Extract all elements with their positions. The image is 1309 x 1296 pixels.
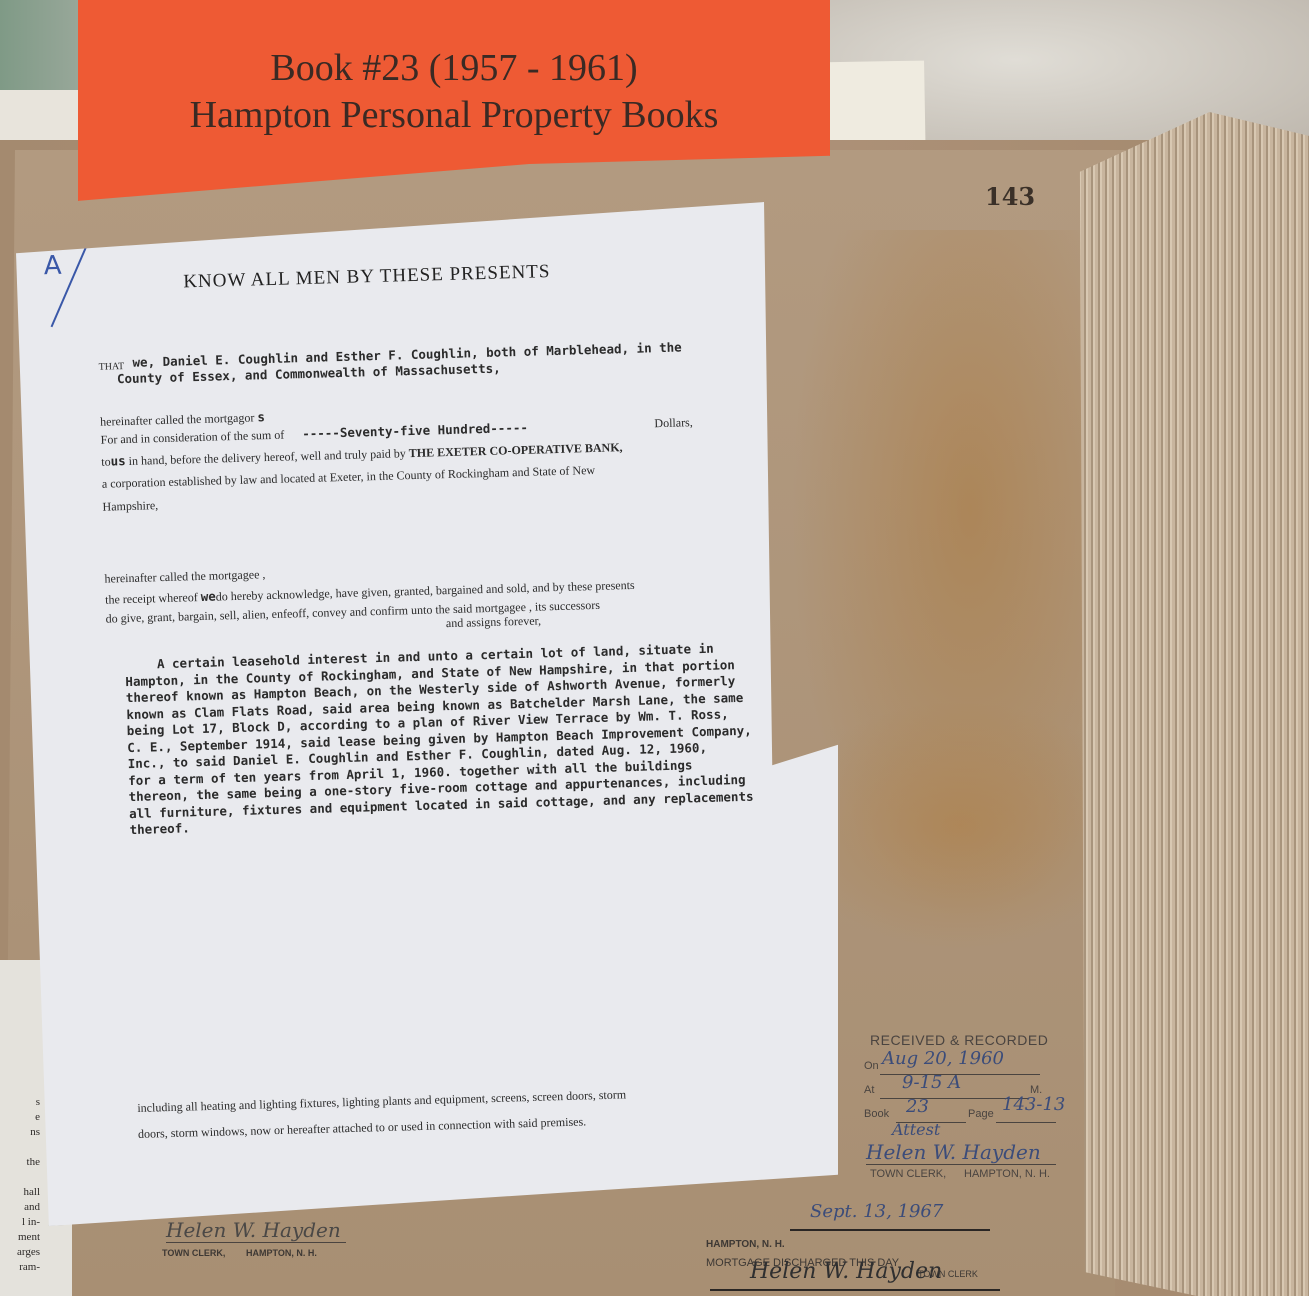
discharge-town: HAMPTON, N. H. xyxy=(706,1239,785,1250)
left-town-label: HAMPTON, N. H. xyxy=(246,1248,317,1258)
attest-handwriting: Attest xyxy=(892,1120,940,1139)
label-collection-title: Hampton Personal Property Books xyxy=(78,93,830,137)
mortgagee-line: hereinafter called the mortgagee , xyxy=(104,567,265,586)
mortgage-form: A KNOW ALL MEN BY THESE PRESENTS THAT we… xyxy=(16,202,838,1226)
discharge-signature: Helen W. Hayden xyxy=(750,1259,942,1284)
book-number: 23 xyxy=(906,1096,929,1117)
fixtures-clause-line-2: doors, storm windows, now or hereafter a… xyxy=(138,1114,586,1142)
clerk-signature: Helen W. Hayden xyxy=(866,1140,1041,1164)
recorded-time: 9-15 A xyxy=(902,1072,961,1093)
page-ref: 143-13 xyxy=(1002,1094,1065,1115)
stamp-heading: RECEIVED & RECORDED xyxy=(870,1032,1048,1048)
left-insert-fragment: e xyxy=(0,1110,40,1125)
handwritten-initial: A xyxy=(43,251,62,281)
left-insert-fragment: the xyxy=(0,1155,40,1170)
mortgagor-line: hereinafter called the mortgagor s xyxy=(100,409,265,430)
left-insert-fragment: s xyxy=(0,1095,40,1110)
mortgage-discharged-stamp: Sept. 13, 1967 HAMPTON, N. H. MORTGAGE D… xyxy=(700,1195,1000,1295)
town-label: HAMPTON, N. H. xyxy=(964,1168,1050,1180)
fixtures-clause-line-1: including all heating and lighting fixtu… xyxy=(137,1087,626,1116)
recorded-date: Aug 20, 1960 xyxy=(882,1048,1004,1069)
left-insert-fragment: arges xyxy=(0,1245,40,1260)
left-clerk-signature: Helen W. Hayden xyxy=(166,1218,341,1242)
dollars-label: Dollars, xyxy=(654,415,693,431)
consideration-amount: -----Seventy-five Hundred----- xyxy=(302,420,528,441)
town-clerk-label: TOWN CLERK, xyxy=(870,1168,946,1180)
left-insert-text: sens the hallandl in-mentargesram- xyxy=(0,1095,40,1275)
form-title: KNOW ALL MEN BY THESE PRESENTS xyxy=(183,261,551,293)
left-insert-fragment: and xyxy=(0,1200,40,1215)
discharge-date: Sept. 13, 1967 xyxy=(810,1201,943,1222)
left-insert-fragment: ment xyxy=(0,1230,40,1245)
page-number: 143 xyxy=(985,182,1035,211)
discharge-clerk-label: TOWN CLERK xyxy=(918,1269,978,1279)
left-insert-fragment: ram- xyxy=(0,1260,40,1275)
label-book-number: Book #23 (1957 - 1961) xyxy=(78,46,830,90)
state-line: Hampshire, xyxy=(102,498,158,515)
bank-name: THE EXETER CO-OPERATIVE BANK, xyxy=(409,440,623,460)
left-insert-fragment: hall xyxy=(0,1185,40,1200)
page-label: Page xyxy=(968,1108,994,1120)
left-insert-fragment xyxy=(0,1170,40,1185)
left-clerk-label: TOWN CLERK, xyxy=(162,1248,225,1258)
at-label: At xyxy=(864,1084,874,1096)
property-description-line: thereof. xyxy=(129,820,190,837)
left-clerk-stamp: Helen W. Hayden TOWN CLERK, HAMPTON, N. … xyxy=(160,1218,390,1268)
left-insert-fragment xyxy=(0,1140,40,1155)
on-label: On xyxy=(864,1060,879,1072)
left-insert-fragment: l in- xyxy=(0,1215,40,1230)
book-label: Book xyxy=(864,1108,889,1120)
assigns-line: and assigns forever, xyxy=(446,614,542,632)
left-insert-fragment: ns xyxy=(0,1125,40,1140)
book-page-edges xyxy=(1060,100,1309,1296)
